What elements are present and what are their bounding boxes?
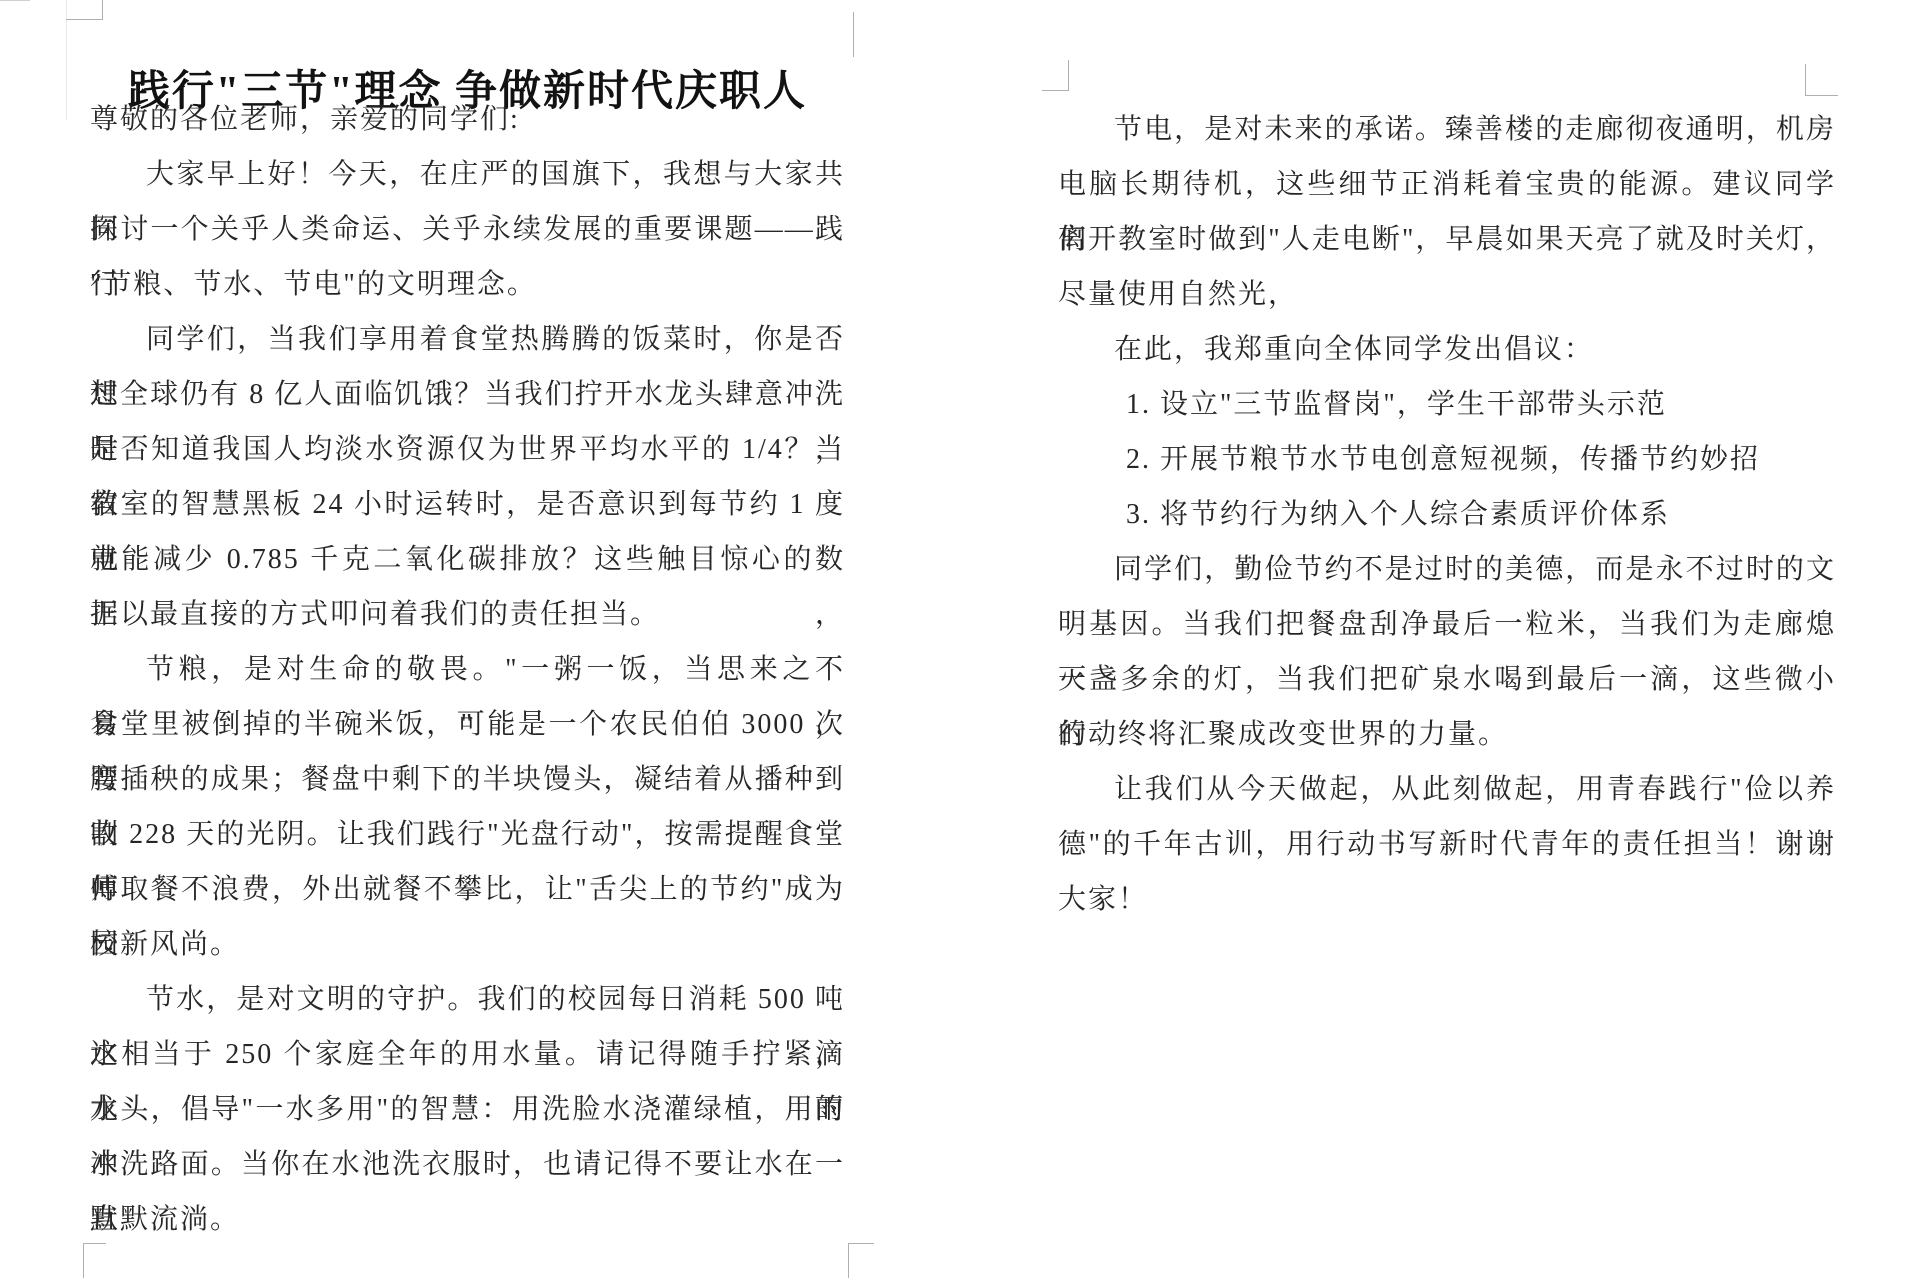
text-line: 一盏多余的灯，当我们把矿泉水喝到最后一滴，这些微小的 [1058, 652, 1836, 707]
page-2[interactable]: 节电，是对未来的承诺。臻善楼的走廊彻夜通明，机房电脑长期待机，这些细节正消耗着宝… [0, 0, 1918, 1]
text-line: 探讨一个关乎人类命运、关乎永续发展的重要课题——践行 [90, 202, 845, 257]
text-line: 同学们，当我们享用着食堂热腾腾的饭菜时，你是否想 [90, 312, 845, 367]
page-2-text-block[interactable]: 节电，是对未来的承诺。臻善楼的走廊彻夜通明，机房电脑长期待机，这些细节正消耗着宝… [1058, 102, 1836, 927]
text-line: 节电，是对未来的承诺。臻善楼的走廊彻夜通明，机房 [1058, 102, 1836, 157]
text-line: 大家！ [1058, 872, 1836, 927]
text-line: 同学们，勤俭节约不是过时的美德，而是永不过时的文 [1058, 542, 1836, 597]
text-line: 在此，我郑重向全体同学发出倡议： [1058, 322, 1836, 377]
text-line: 让我们从今天做起，从此刻做起，用青春践行"俭以养 [1058, 762, 1836, 817]
text-line: 是否知道我国人均淡水资源仅为世界平均水平的 1/4？当宿 [90, 422, 845, 477]
text-line: 大家早上好！今天，在庄严的国旗下，我想与大家共同 [90, 147, 845, 202]
text-line: 冲洗路面。当你在水池洗衣服时，也请记得不要让水在一直 [90, 1137, 845, 1192]
document-view: 践行"三节"理念 争做新时代庆职人 尊敬的各位老师，亲爱的同学们:大家早上好！今… [0, 0, 1918, 1278]
text-line: "节粮、节水、节电"的文明理念。 [90, 257, 845, 312]
text-line: 行动终将汇聚成改变世界的力量。 [1058, 707, 1836, 762]
text-line: 德"的千年古训，用行动书写新时代青年的责任担当！谢谢 [1058, 817, 1836, 872]
text-line: 2. 开展节粮节水节电创意短视频，传播节约妙招 [1058, 432, 1836, 487]
text-line: 割 228 天的光阴。让我们践行"光盘行动"，按需提醒食堂师 [90, 807, 845, 862]
text-line: 食堂里被倒掉的半碗米饭，可能是一个农民伯伯 3000 次弯 [90, 697, 845, 752]
page-2-top-left-boundary-mark [1042, 60, 1069, 91]
text-line: 离开教室时做到"人走电断"，早晨如果天亮了就及时关灯， [1058, 212, 1836, 267]
page-1-top-left-boundary-mark [66, 0, 103, 20]
text-line: 就能减少 0.785 千克二氧化碳排放？这些触目惊心的数据， [90, 532, 845, 587]
page-1-top-right-boundary-mark [853, 12, 872, 57]
text-line: 电脑长期待机，这些细节正消耗着宝贵的能源。建议同学们 [1058, 157, 1836, 212]
text-line: 教室的智慧黑板 24 小时运转时，是否意识到每节约 1 度电 [90, 477, 845, 532]
text-line: 园新风尚。 [90, 917, 845, 972]
text-line: 尽量使用自然光， [1058, 267, 1836, 322]
text-line: 腰插秧的成果；餐盘中剩下的半块馒头，凝结着从播种到收 [90, 752, 845, 807]
text-line: 节水，是对文明的守护。我们的校园每日消耗 500 吨水， [90, 972, 845, 1027]
text-line: 明基因。当我们把餐盘刮净最后一粒米，当我们为走廊熄灭 [1058, 597, 1836, 652]
page-1-bottom-right-boundary-mark [848, 1243, 874, 1278]
text-line: 傅取餐不浪费，外出就餐不攀比，让"舌尖上的节约"成为校 [90, 862, 845, 917]
text-line: 1. 设立"三节监督岗"，学生干部带头示范 [1058, 377, 1836, 432]
text-line: 这相当于 250 个家庭全年的用水量。请记得随手拧紧滴水的 [90, 1027, 845, 1082]
page-2-top-right-boundary-mark [1805, 64, 1838, 96]
page-2-top-edge-mark [0, 0, 30, 1]
text-line: 尊敬的各位老师，亲爱的同学们: [90, 92, 845, 147]
text-line: 默默流淌。 [90, 1192, 845, 1247]
page-1-bottom-left-boundary-mark [83, 1243, 106, 1278]
text-line: 过全球仍有 8 亿人面临饥饿？当我们拧开水龙头肆意冲洗时， [90, 367, 845, 422]
page-1-text-block[interactable]: 尊敬的各位老师，亲爱的同学们:大家早上好！今天，在庄严的国旗下，我想与大家共同探… [90, 92, 845, 1247]
text-line: 龙头，倡导"一水多用"的智慧：用洗脸水浇灌绿植，用雨水 [90, 1082, 845, 1137]
text-line: 3. 将节约行为纳入个人综合素质评价体系 [1058, 487, 1836, 542]
text-line: 节粮，是对生命的敬畏。"一粥一饭，当思来之不易"， [90, 642, 845, 697]
